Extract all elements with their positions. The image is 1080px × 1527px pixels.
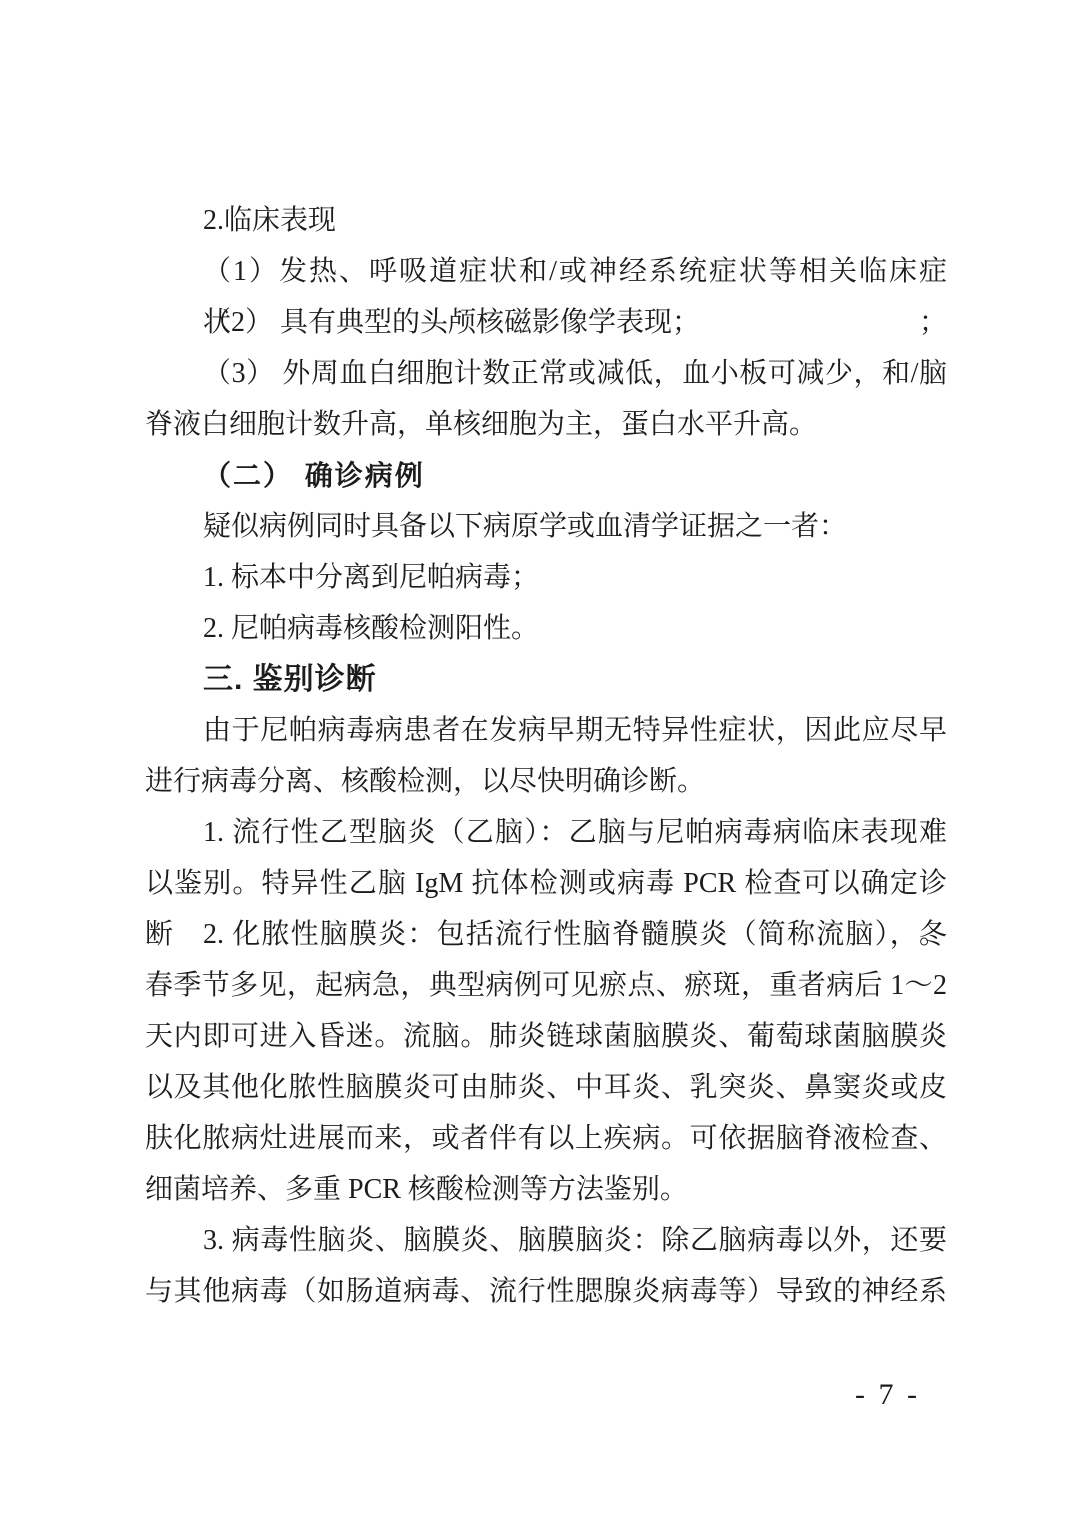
page-number: - 7 - <box>855 1378 920 1412</box>
document-line: 以及其他化脓性脑膜炎可由肺炎、中耳炎、乳突炎、鼻窦炎或皮 <box>145 1062 947 1113</box>
document-line: 由于尼帕病毒病患者在发病早期无特异性症状，因此应尽早 <box>145 705 947 756</box>
document-line: 肤化脓病灶进展而来，或者伴有以上疾病。可依据脑脊液检查、 <box>145 1113 947 1164</box>
document-line: 以鉴别。特异性乙脑 IgM 抗体检测或病毒 PCR 检查可以确定诊断。 <box>145 858 947 909</box>
document-line: 三. 鉴别诊断 <box>145 654 947 705</box>
document-line: （3） 外周血白细胞计数正常或减低，血小板可减少，和/脑 <box>145 348 947 399</box>
document-page: 2.临床表现（1）发热、呼吸道症状和/或神经系统症状等相关临床症状；（2） 具有… <box>0 0 1080 1527</box>
document-line: （1）发热、呼吸道症状和/或神经系统症状等相关临床症状； <box>145 246 947 297</box>
document-line: 天内即可进入昏迷。流脑。肺炎链球菌脑膜炎、葡萄球菌脑膜炎 <box>145 1011 947 1062</box>
document-line: 2.临床表现 <box>145 195 947 246</box>
document-line: 1. 标本中分离到尼帕病毒； <box>145 552 947 603</box>
document-line: 脊液白细胞计数升高，单核细胞为主，蛋白水平升高。 <box>145 399 947 450</box>
document-line: 进行病毒分离、核酸检测，以尽快明确诊断。 <box>145 756 947 807</box>
document-line: 疑似病例同时具备以下病原学或血清学证据之一者： <box>145 501 947 552</box>
document-line: （二） 确诊病例 <box>145 450 947 501</box>
document-line: 与其他病毒（如肠道病毒、流行性腮腺炎病毒等）导致的神经系 <box>145 1266 947 1317</box>
document-line: 细菌培养、多重 PCR 核酸检测等方法鉴别。 <box>145 1164 947 1215</box>
document-line: 春季节多见，起病急，典型病例可见瘀点、瘀斑，重者病后 1～2 <box>145 960 947 1011</box>
text-block: 2.临床表现（1）发热、呼吸道症状和/或神经系统症状等相关临床症状；（2） 具有… <box>145 195 947 1317</box>
document-line: 2. 尼帕病毒核酸检测阳性。 <box>145 603 947 654</box>
document-line: 3. 病毒性脑炎、脑膜炎、脑膜脑炎：除乙脑病毒以外，还要 <box>145 1215 947 1266</box>
document-line: 2. 化脓性脑膜炎：包括流行性脑脊髓膜炎（简称流脑），冬 <box>145 909 947 960</box>
document-line: 1. 流行性乙型脑炎（乙脑）：乙脑与尼帕病毒病临床表现难 <box>145 807 947 858</box>
